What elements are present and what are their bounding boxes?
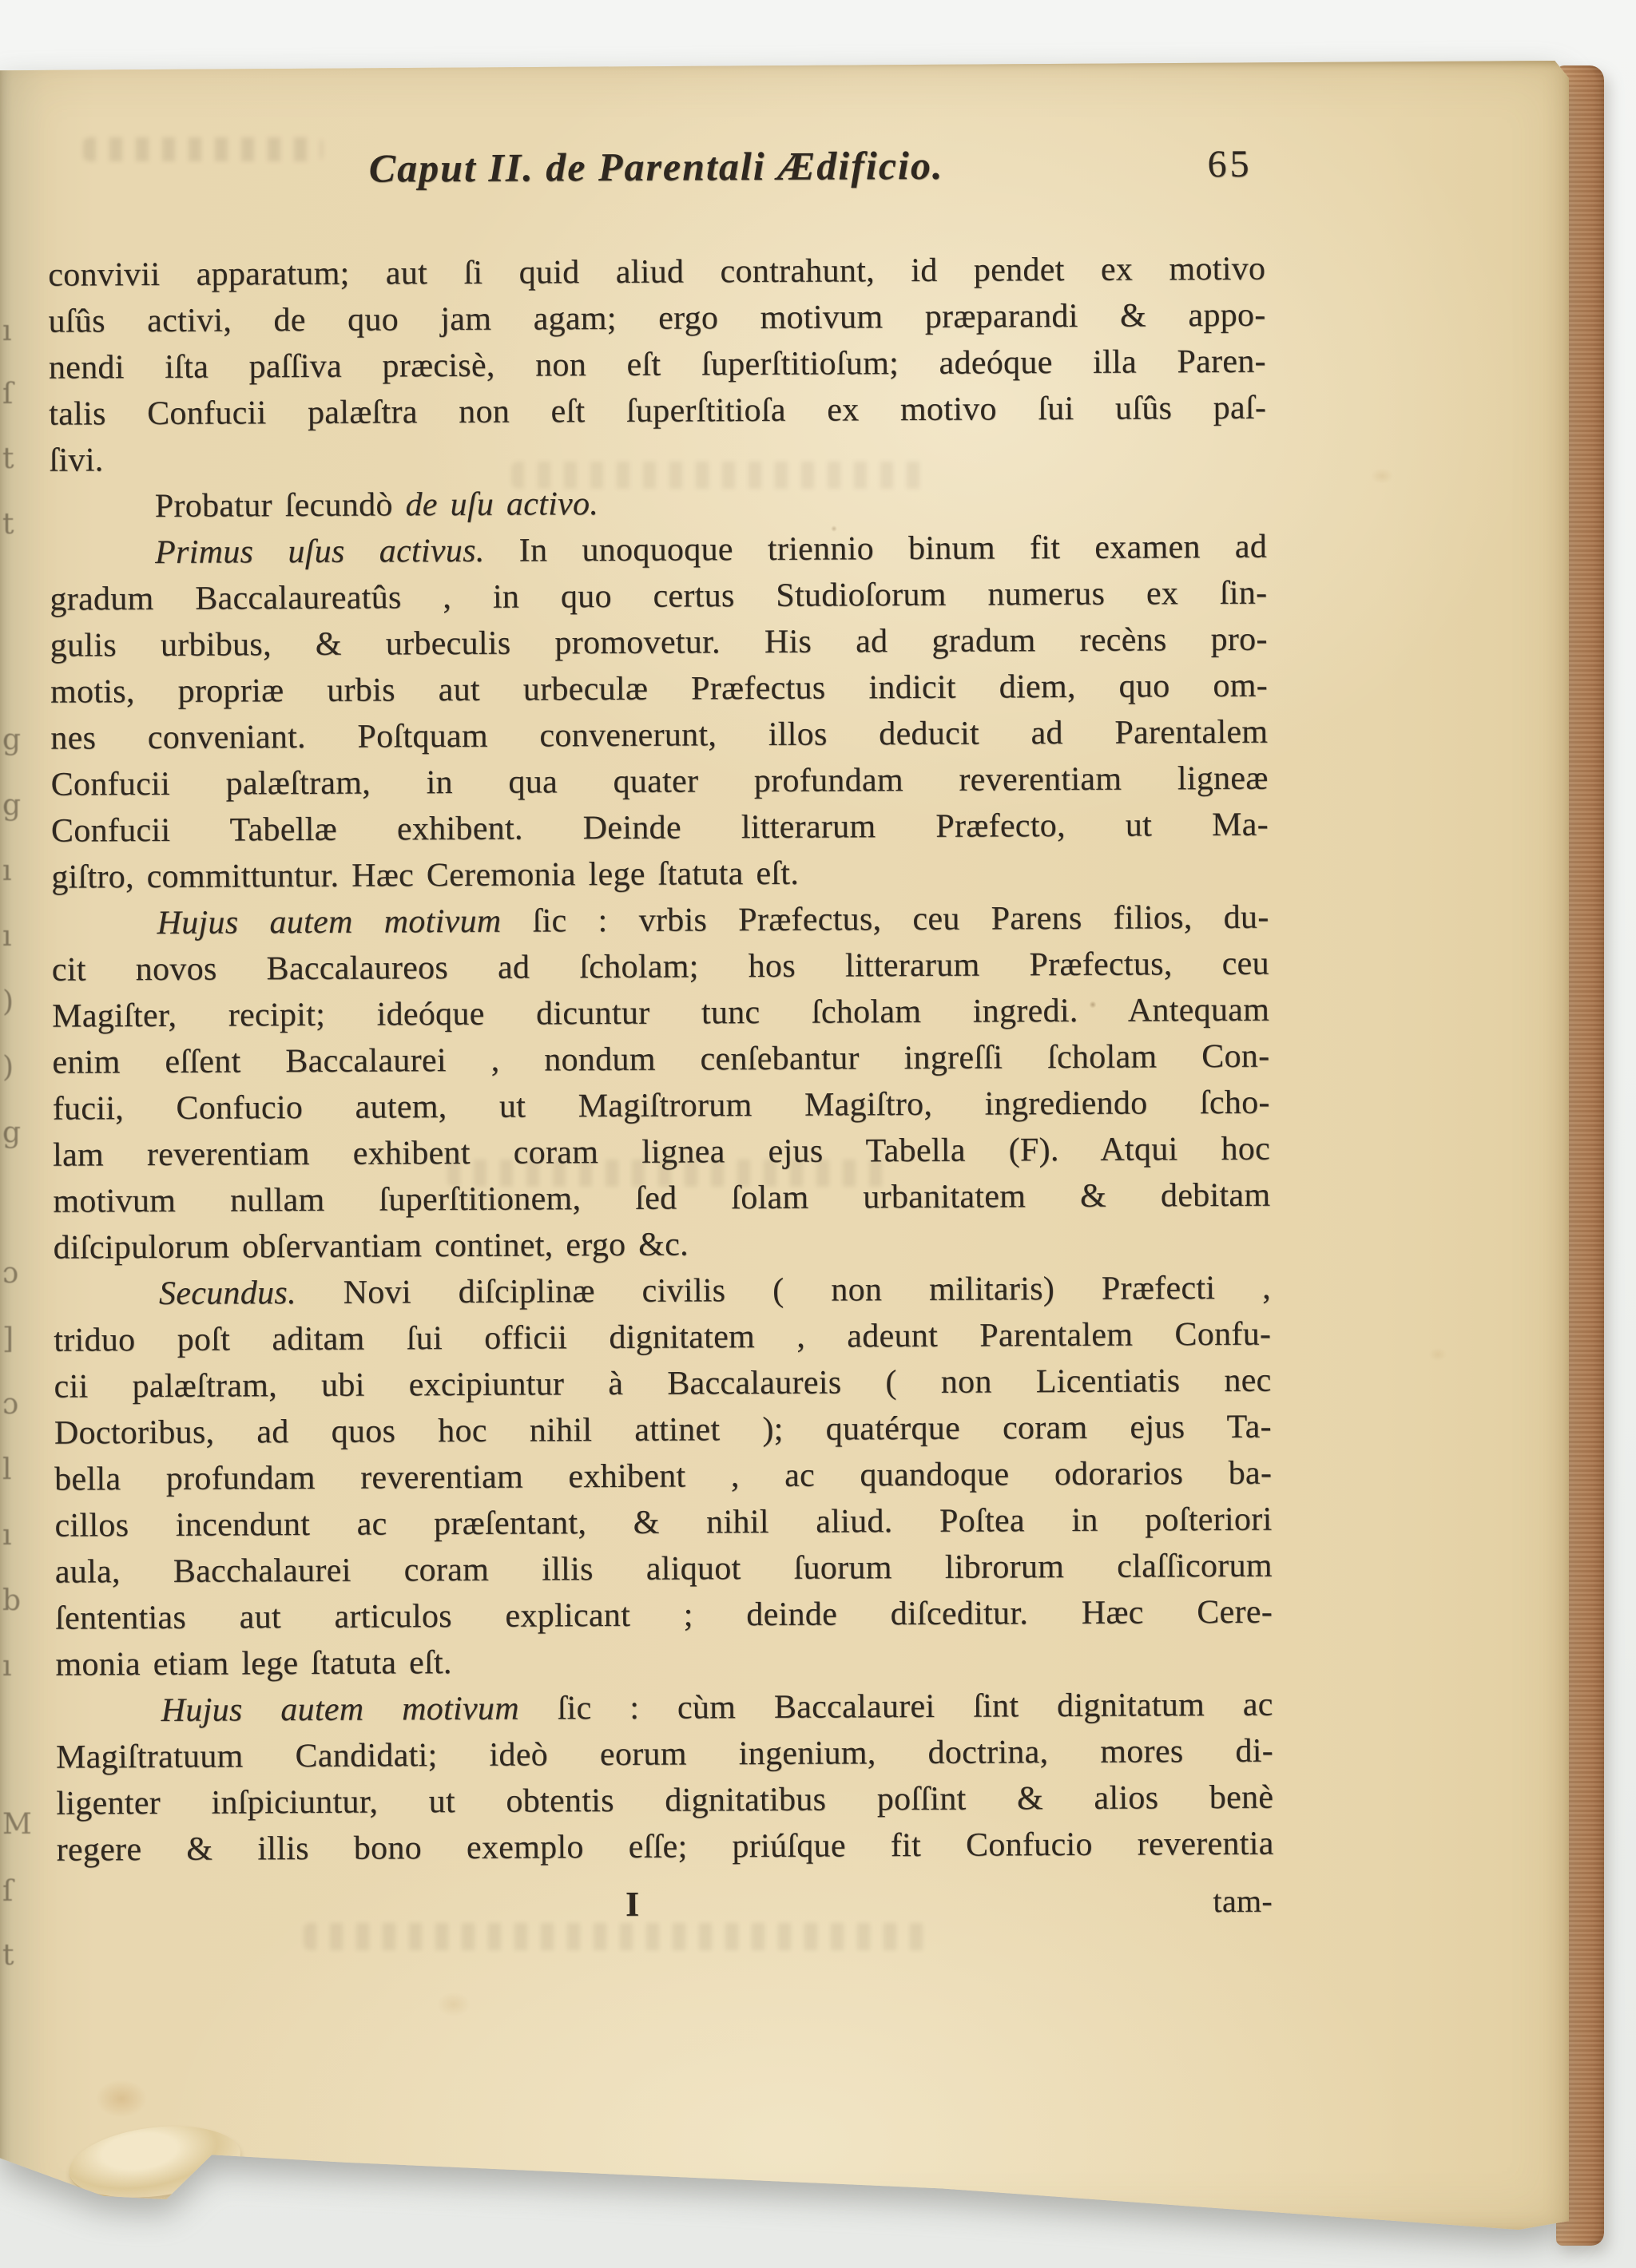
text-segment: fucii, Confucio autem, ut Magiſtrorum Ma…	[53, 1084, 1270, 1128]
text-line: Hujus autem motivum ſic : cùm Baccalaure…	[56, 1682, 1273, 1735]
text-line: Magiſter, recipit; ideóque dicuntur tunc…	[52, 987, 1269, 1040]
text-line: Primus uſus activus. In unoquoque trienn…	[50, 524, 1267, 577]
text-segment: cillos incendunt ac præſentant, & nihil …	[54, 1501, 1272, 1544]
signature-row: Itam-	[57, 1878, 1274, 1931]
page-content: Caput II. de Parentali Ædificio. 65 conv…	[0, 53, 1574, 2230]
text-line: ligenter inſpiciuntur, ut obtentis digni…	[56, 1774, 1273, 1827]
text-line: ſivi.	[49, 431, 1266, 484]
text-line: uſûs activi, de quo jam agam; ergo motiv…	[48, 292, 1265, 345]
italic-text-segment: Secundus.	[159, 1275, 296, 1312]
text-segment: ligenter inſpiciuntur, ut obtentis digni…	[56, 1779, 1273, 1822]
text-line: cii palæſtram, ubi excipiuntur à Baccala…	[54, 1358, 1271, 1410]
text-line: Hujus autem motivum ſic : vrbis Præfectu…	[51, 894, 1269, 947]
text-segment: nes conveniant. Poſtquam convenerunt, il…	[50, 714, 1268, 757]
text-line: cit novos Baccalaureos ad ſcholam; hos l…	[52, 941, 1269, 993]
text-segment: Doctoribus, ad quos hoc nihil attinet );…	[54, 1409, 1272, 1452]
text-segment: bella profundam reverentiam exhibent , a…	[54, 1455, 1272, 1498]
text-segment: talis Confucii palæſtra non eſt ſuperſti…	[49, 390, 1266, 433]
text-block: convivii apparatum; aut ſi quid aliud co…	[48, 246, 1274, 1931]
text-segment: gulis urbibus, & urbeculis promovetur. H…	[50, 621, 1268, 664]
text-line: motis, propriæ urbis aut urbeculæ Præfec…	[50, 663, 1268, 716]
text-segment: ſic : cùm Baccalaurei ſint dignitatum ac	[519, 1687, 1273, 1727]
page-header: Caput II. de Parentali Ædificio. 65	[47, 141, 1265, 206]
text-segment: cit novos Baccalaureos ad ſcholam; hos l…	[52, 946, 1269, 989]
text-segment: motivum nullam ſuperſtitionem, ſed ſolam…	[53, 1177, 1270, 1220]
text-line: ſententias aut articulos explicant ; dei…	[55, 1589, 1273, 1642]
page-wrap: Caput II. de Parentali Ædificio. 65 conv…	[0, 0, 1636, 2268]
text-segment: triduo poſt aditam ſui officii dignitate…	[54, 1316, 1271, 1359]
text-segment: Magiſter, recipit; ideóque dicuntur tunc…	[52, 992, 1269, 1035]
text-segment: Confucii palæſtram, in qua quater profun…	[51, 760, 1269, 803]
text-line: Probatur ſecundò de uſu activo.	[50, 478, 1267, 530]
text-line: nendi iſta paſſiva præcisè, non eſt ſupe…	[49, 339, 1266, 391]
text-segment: diſcipulorum obſervantiam continet, ergo…	[54, 1226, 689, 1266]
italic-text-segment: de uſu activo.	[405, 486, 598, 523]
page-number: 65	[1207, 142, 1252, 186]
text-line: Confucii palæſtram, in qua quater profun…	[50, 755, 1268, 808]
text-segment: Confucii Tabellæ exhibent. Deinde litter…	[51, 807, 1269, 850]
text-line: talis Confucii palæſtra non eſt ſuperſti…	[49, 385, 1266, 438]
text-segment: nendi iſta paſſiva præcisè, non eſt ſupe…	[49, 343, 1266, 387]
text-line: diſcipulorum obſervantiam continet, ergo…	[54, 1219, 1271, 1271]
text-segment: gradum Baccalaureatûs , in quo certus St…	[50, 575, 1267, 618]
italic-text-segment: Primus uſus activus.	[155, 533, 485, 571]
text-line: gradum Baccalaureatûs , in quo certus St…	[50, 570, 1267, 623]
text-line: fucii, Confucio autem, ut Magiſtrorum Ma…	[53, 1080, 1270, 1132]
text-line: Magiſtratuum Candidati; ideò eorum ingen…	[56, 1728, 1273, 1781]
text-segment: cii palæſtram, ubi excipiuntur à Baccala…	[54, 1362, 1271, 1406]
scanned-book-page: Caput II. de Parentali Ædificio. 65 conv…	[0, 0, 1636, 2268]
text-segment: In unoquoque triennio binum fit examen a…	[484, 529, 1267, 569]
catchword: tam-	[1213, 1878, 1273, 1925]
italic-text-segment: Hujus autem motivum	[161, 1691, 519, 1729]
text-segment: enim eſſent Baccalaurei , nondum cenſeba…	[52, 1038, 1269, 1081]
text-line: triduo poſt aditam ſui officii dignitate…	[54, 1311, 1271, 1364]
text-segment: ſic : vrbis Præfectus, ceu Parens filios…	[501, 899, 1269, 940]
text-segment: ſivi.	[49, 442, 103, 478]
text-line: motivum nullam ſuperſtitionem, ſed ſolam…	[53, 1172, 1270, 1225]
text-segment: aula, Bacchalaurei coram illis aliquot ſ…	[55, 1548, 1273, 1591]
text-segment: motis, propriæ urbis aut urbeculæ Præfec…	[50, 668, 1268, 711]
text-segment: convivii apparatum; aut ſi quid aliud co…	[48, 251, 1265, 294]
text-line: Confucii Tabellæ exhibent. Deinde litter…	[51, 802, 1269, 854]
text-line: cillos incendunt ac præſentant, & nihil …	[54, 1497, 1272, 1549]
text-line: nes conveniant. Poſtquam convenerunt, il…	[50, 709, 1268, 762]
book-page: Caput II. de Parentali Ædificio. 65 conv…	[0, 61, 1569, 2230]
text-line: giſtro, committuntur. Hæc Ceremonia lege…	[51, 848, 1269, 901]
text-segment: ſententias aut articulos explicant ; dei…	[55, 1594, 1273, 1637]
text-line: Secundus. Novi diſciplinæ civilis ( non …	[54, 1265, 1271, 1318]
italic-text-segment: Hujus autem motivum	[157, 903, 501, 942]
text-segment: monia etiam lege ſtatuta eſt.	[55, 1644, 452, 1683]
text-segment: Magiſtratuum Candidati; ideò eorum ingen…	[56, 1733, 1273, 1776]
signature-mark: I	[625, 1881, 640, 1928]
running-title: Caput II. de Parentali Ædificio.	[47, 141, 1265, 193]
text-line: convivii apparatum; aut ſi quid aliud co…	[48, 246, 1265, 299]
text-line: Doctoribus, ad quos hoc nihil attinet );…	[54, 1404, 1272, 1457]
text-line: regere & illis bono exemplo eſſe; priúſq…	[56, 1821, 1273, 1873]
text-segment: Probatur ſecundò	[155, 486, 406, 525]
text-line: bella profundam reverentiam exhibent , a…	[54, 1450, 1272, 1503]
text-line: lam reverentiam exhibent coram lignea ej…	[53, 1126, 1270, 1179]
text-segment: giſtro, committuntur. Hæc Ceremonia lege…	[51, 855, 799, 896]
text-line: aula, Bacchalaurei coram illis aliquot ſ…	[55, 1543, 1273, 1596]
text-segment: uſûs activi, de quo jam agam; ergo motiv…	[48, 297, 1265, 340]
text-segment: lam reverentiam exhibent coram lignea ej…	[53, 1131, 1270, 1174]
text-segment: regere & illis bono exemplo eſſe; priúſq…	[57, 1826, 1274, 1869]
text-line: enim eſſent Baccalaurei , nondum cenſeba…	[52, 1033, 1269, 1086]
text-line: monia etiam lege ſtatuta eſt.	[55, 1636, 1273, 1688]
text-line: gulis urbibus, & urbeculis promovetur. H…	[50, 617, 1268, 669]
text-segment: Novi diſciplinæ civilis ( non militaris)…	[296, 1270, 1271, 1311]
